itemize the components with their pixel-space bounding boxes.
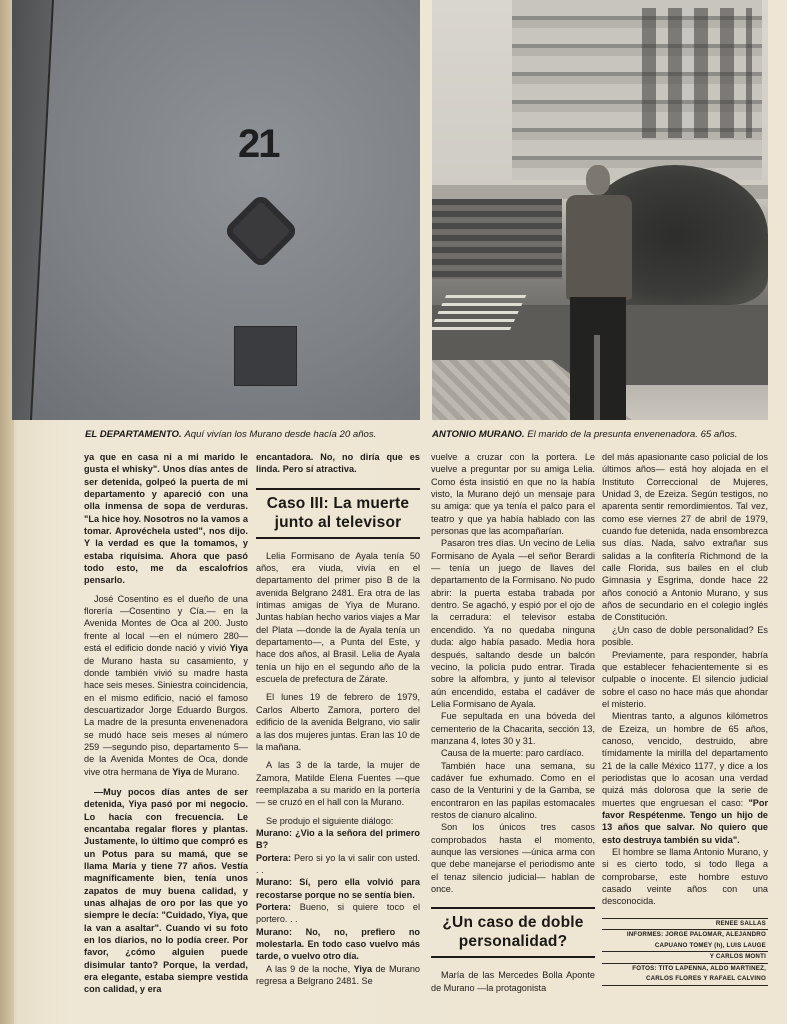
paragraph: Se produjo el siguiente diálogo: [256, 815, 420, 827]
photo-apartment-door: 21 [12, 0, 420, 420]
person-legs-gap [594, 335, 600, 420]
paragraph: Mientras tanto, a algunos kilómetros de … [602, 710, 768, 846]
dialog-speaker: Murano: [256, 877, 292, 887]
paragraph: encantadora. No, no diría que es linda. … [256, 451, 420, 476]
paragraph: Previamente, para responder, habría que … [602, 649, 768, 711]
paragraph: María de las Mercedes Bolla Aponte de Mu… [431, 969, 595, 994]
paragraph: —Muy pocos días antes de ser detenida, Y… [84, 786, 248, 996]
paragraph: ¿Un caso de doble personalidad? Es posib… [602, 624, 768, 649]
paragraph: vuelve a cruzar con la portera. Le vuelv… [431, 451, 595, 537]
credit-informes: CAPUANO TOMEY (h), LUIS LAUGE [602, 941, 768, 953]
credit-fotos: FOTOS: TITO LAPENNA, ALDO MARTINEZ, [602, 964, 768, 975]
name-highlight: Yiya [230, 643, 248, 653]
paragraph: del más apasionante caso policial de los… [602, 451, 768, 624]
caption-left: EL DEPARTAMENTO. Aquí vivían los Murano … [85, 429, 376, 440]
paragraph: Causa de la muerte: paro cardíaco. [431, 747, 595, 759]
magazine-page: 21 EL DEPARTAMENTO. Aquí vivían los Mura… [0, 0, 787, 1024]
dialog-speaker: Portera: [256, 902, 291, 912]
credit-informes: Y CARLOS MONTI [602, 952, 768, 964]
door-nameplate [234, 326, 297, 386]
credits-block: RENEE SALLAS INFORMES: JORGE PALOMAR, AL… [602, 918, 768, 986]
article-column-4: del más apasionante caso policial de los… [602, 451, 768, 986]
dialog-line: Murano: No, no, prefiero no molestarla. … [256, 926, 420, 963]
text-run: de Murano. [191, 767, 240, 777]
section-heading-doble-personalidad: ¿Un caso de doble personalidad? [431, 907, 595, 958]
caption-right: ANTONIO MURANO. El marido de la presunta… [432, 429, 737, 440]
dialog-line: Portera: Bueno, si quiere toco el porter… [256, 901, 420, 926]
article-column-1: ya que en casa ni a mi marido le gusta e… [84, 451, 248, 996]
door-frame-edge [12, 0, 54, 420]
paragraph: José Cosentino es el dueño de una florer… [84, 593, 248, 778]
caption-left-title: EL DEPARTAMENTO. [85, 429, 182, 440]
photo-antonio-murano [432, 0, 768, 420]
section-heading-caso-iii: Caso III: La muerte junto al televisor [256, 488, 420, 539]
paragraph: El lunes 19 de febrero de 1979, Carlos A… [256, 691, 420, 753]
person-shirt [566, 195, 632, 300]
credit-author: RENEE SALLAS [602, 919, 768, 931]
name-highlight: Yiya [354, 964, 372, 974]
text-run: José Cosentino es el dueño de una florer… [84, 594, 248, 653]
paragraph: A las 9 de la noche, Yiya de Murano regr… [256, 963, 420, 988]
door-number: 21 [238, 122, 279, 167]
building-windows [642, 8, 752, 138]
text-run: de Murano hasta su casamiento, y donde t… [84, 656, 248, 777]
text-run: A las 9 de la noche, [266, 964, 354, 974]
dialog-speaker: Portera: [256, 853, 291, 863]
dialog-speaker: Murano: [256, 927, 292, 937]
dialog-line: Murano: ¿Vio a la señora del primero B? [256, 827, 420, 852]
lower-building [432, 199, 562, 279]
text-run: Mientras tanto, a algunos kilómetros de … [602, 711, 768, 807]
dialog-speaker: Murano: [256, 828, 292, 838]
credit-fotos: CARLOS FLORES Y RAFAEL CALVINO [602, 974, 768, 986]
paragraph: ya que en casa ni a mi marido le gusta e… [84, 451, 248, 587]
paragraph: Pasaron tres días. Un vecino de Lelia Fo… [431, 537, 595, 710]
caption-right-text: El marido de la presunta envenenadora. 6… [527, 429, 737, 440]
dialog-line: Murano: Sí, pero ella volvió para recost… [256, 876, 420, 901]
paragraph: Fue sepultada en una bóveda del cementer… [431, 710, 595, 747]
name-highlight: Yiya [172, 767, 190, 777]
dialog-line: Portera: Pero si yo la vi salir con uste… [256, 852, 420, 877]
paragraph: Son los únicos tres casos comprobados ha… [431, 821, 595, 895]
caption-left-text: Aquí vivían los Murano desde hacía 20 añ… [184, 429, 376, 440]
article-column-3: vuelve a cruzar con la portera. Le vuelv… [431, 451, 595, 994]
paragraph: Lelia Formisano de Ayala tenía 50 años, … [256, 550, 420, 686]
person-figure [560, 165, 640, 420]
article-column-2: encantadora. No, no diría que es linda. … [256, 451, 420, 987]
paragraph: El hombre se llama Antonio Murano, y si … [602, 846, 768, 908]
paragraph: A las 3 de la tarde, la mujer de Zamora,… [256, 759, 420, 808]
door-knocker-icon [223, 193, 299, 269]
paragraph: También hace una semana, su cadáver fue … [431, 760, 595, 822]
credit-informes: INFORMES: JORGE PALOMAR, ALEJANDRO [602, 930, 768, 941]
person-head [586, 165, 610, 195]
caption-right-title: ANTONIO MURANO. [432, 429, 525, 440]
